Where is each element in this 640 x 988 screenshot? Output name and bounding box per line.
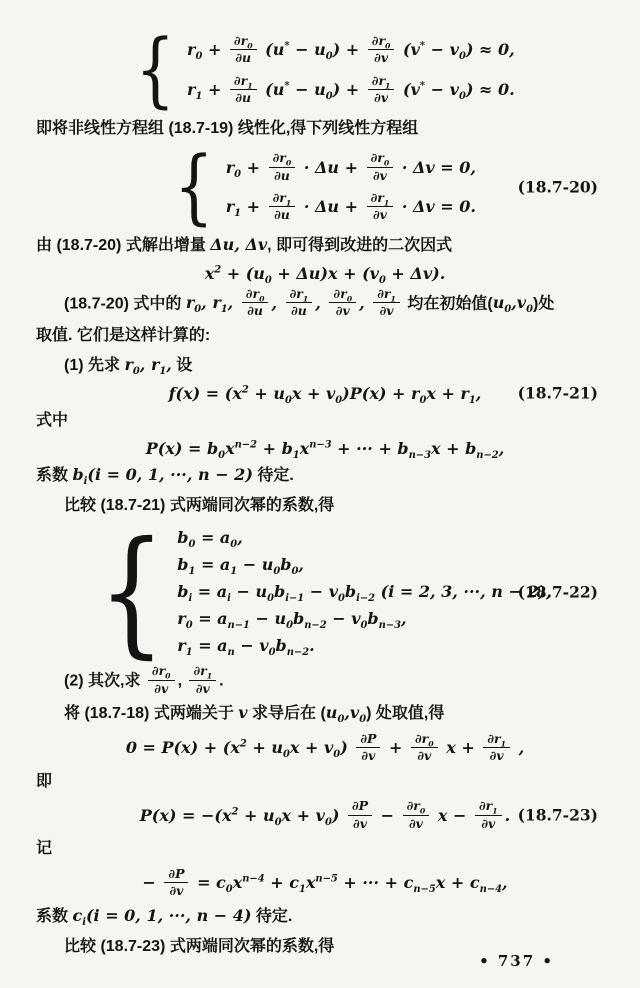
fraction: ∂P∂v (348, 799, 372, 831)
fraction: ∂r1∂v (483, 732, 510, 764)
math-text: P(x) = b0xn−2 + b1xn−3 + ··· + bn−3x + b… (146, 439, 505, 458)
left-brace: { (98, 523, 165, 660)
text: 系数 (36, 908, 72, 925)
display-formula: f(x) = (x2 + u0x + v0)P(x) + r0x + r1,(1… (36, 384, 614, 403)
fraction: ∂r0∂v (367, 151, 394, 183)
fraction-denominator: ∂v (370, 50, 392, 65)
fraction: ∂r1∂u (286, 287, 313, 319)
paragraph: 取值. 它们是这样计算的: (36, 323, 614, 349)
math-text: · Δv = 0. (396, 197, 476, 216)
math-text: 0 = P(x) + (x2 + u0x + v0) (126, 738, 353, 757)
fraction: ∂r1∂u (230, 74, 257, 106)
fraction: ∂r1∂u (269, 191, 296, 223)
text: 取值. 它们是这样计算的: (36, 327, 210, 344)
text: 待定. (253, 467, 294, 484)
math-text: · Δu + (298, 197, 363, 216)
math-text: bi(i = 0, 1, ···, n − 2) (72, 465, 252, 484)
left-brace: { (135, 29, 175, 110)
fraction-denominator: ∂v (376, 303, 398, 318)
math-text: r0 + (226, 158, 266, 177)
text: 即 (36, 773, 52, 790)
equation-number: (18.7-21) (518, 384, 598, 403)
math-text: b1 = a1 − u0b0, (177, 555, 304, 574)
equation-lines: r0 + ∂r0∂u (u* − u0) + ∂r0∂v (v* − v0) ≈… (187, 30, 515, 110)
math-text: , (271, 293, 282, 312)
text: . (219, 673, 223, 690)
fraction-denominator: ∂v (369, 168, 391, 183)
math-text: (u* − u0) + (260, 40, 365, 59)
fraction-denominator: ∂v (150, 681, 172, 696)
fraction-numerator: ∂r0 (230, 34, 257, 50)
math-text: x − (432, 806, 472, 825)
equation-system: {r0 + ∂r0∂u (u* − u0) + ∂r0∂v (v* − v0) … (36, 30, 614, 110)
equation-line: r0 = an−1 − u0bn−2 − v0bn−3, (177, 609, 551, 628)
fraction: ∂r1∂v (475, 799, 502, 831)
display-formula: x2 + (u0 + Δu)x + (v0 + Δv). (36, 264, 614, 283)
math-text: · Δv = 0, (396, 158, 476, 177)
fraction-numerator: ∂r0 (329, 287, 356, 303)
text: 待定. (251, 908, 292, 925)
fraction-numerator: ∂r1 (367, 191, 394, 207)
equation-system: {b0 = a0,b1 = a1 − u0b0,bi = ai − u0bi−1… (36, 524, 614, 659)
equation-system-group: {r0 + ∂r0∂u (u* − u0) + ∂r0∂v (v* − v0) … (135, 30, 514, 110)
math-text: bi = ai − u0bi−1 − v0bi−2 (i = 2, 3, ···… (177, 582, 551, 601)
paragraph: 系数 ci(i = 0, 1, ···, n − 4) 待定. (36, 904, 614, 930)
formula-content: x2 + (u0 + Δu)x + (v0 + Δv). (205, 264, 446, 283)
display-formula: − ∂P∂v = c0xn−4 + c1xn−5 + ··· + cn−5x +… (36, 867, 614, 899)
fraction-denominator: ∂u (270, 207, 294, 222)
fraction-numerator: ∂r0 (242, 287, 269, 303)
math-text: + (383, 738, 408, 757)
math-text: b0 = a0, (177, 528, 243, 547)
fraction: ∂r1∂v (367, 191, 394, 223)
fraction-denominator: ∂u (231, 90, 255, 105)
fraction: ∂r0∂u (269, 151, 296, 183)
paragraph: 记 (36, 836, 614, 862)
math-text: − (375, 806, 400, 825)
fraction: ∂P∂v (164, 867, 188, 899)
equation-system: {r0 + ∂r0∂u · Δu + ∂r0∂v · Δv = 0,r1 + ∂… (36, 147, 614, 227)
paragraph: 由 (18.7-20) 式解出增量 Δu, Δv, 即可得到改进的二次因式 (36, 233, 614, 259)
fraction-numerator: ∂r0 (411, 732, 438, 748)
text: (2) 其次,求 (64, 673, 145, 690)
fraction: ∂P∂v (356, 732, 380, 764)
math-text: , (513, 738, 524, 757)
fraction: ∂r0∂v (368, 34, 395, 66)
math-text: r0, r1, (124, 355, 171, 374)
fraction-numerator: ∂P (348, 799, 372, 815)
text: 设 (172, 357, 192, 374)
fraction-denominator: ∂v (477, 816, 499, 831)
fraction-numerator: ∂r0 (403, 799, 430, 815)
paragraph: 将 (18.7-18) 式两端关于 v 求导后在 (u0,v0) 处取值,得 (36, 701, 614, 727)
text: ) 处取值,得 (366, 705, 444, 722)
fraction-denominator: ∂v (370, 90, 392, 105)
text: (18.7-20) 式中的 (64, 295, 186, 312)
math-text: (v* − v0) ≈ 0. (397, 80, 514, 99)
equation-system-group: {b0 = a0,b1 = a1 − u0b0,bi = ai − u0bi−1… (98, 524, 551, 659)
fraction: ∂r0∂u (242, 287, 269, 319)
math-text: r0 = an−1 − u0bn−2 − v0bn−3, (177, 609, 406, 628)
formula-content: P(x) = −(x2 + u0x + v0) ∂P∂v − ∂r0∂v x −… (140, 799, 510, 831)
fraction-denominator: ∂u (287, 303, 311, 318)
fraction: ∂r0∂v (411, 732, 438, 764)
equation-line: bi = ai − u0bi−1 − v0bi−2 (i = 2, 3, ···… (177, 582, 551, 601)
math-text: r0, r1, (186, 293, 239, 312)
equation-number: (18.7-22) (518, 582, 598, 601)
equation-lines: r0 + ∂r0∂u · Δu + ∂r0∂v · Δv = 0,r1 + ∂r… (226, 147, 476, 227)
display-formula: P(x) = b0xn−2 + b1xn−3 + ··· + bn−3x + b… (36, 439, 614, 458)
equation-line: b1 = a1 − u0b0, (177, 555, 551, 574)
fraction-numerator: ∂r1 (373, 287, 400, 303)
text: 求导后在 ( (248, 705, 326, 722)
math-text: P(x) = −(x2 + u0x + v0) (140, 806, 345, 825)
equation-line: r1 + ∂r1∂u (u* − u0) + ∂r1∂v (v* − v0) ≈… (187, 74, 515, 106)
equation-line: r1 + ∂r1∂u · Δu + ∂r1∂v · Δv = 0. (226, 191, 476, 223)
math-text: r1 + (226, 197, 266, 216)
text: 系数 (36, 467, 72, 484)
fraction-denominator: ∂v (405, 816, 427, 831)
fraction-numerator: ∂P (164, 867, 188, 883)
math-text: r0 + (187, 40, 227, 59)
fraction-denominator: ∂v (486, 748, 508, 763)
paragraph: 即 (36, 769, 614, 795)
math-text: (v* − v0) ≈ 0, (397, 40, 514, 59)
display-formula: P(x) = −(x2 + u0x + v0) ∂P∂v − ∂r0∂v x −… (36, 799, 614, 831)
math-text: x2 + (u0 + Δu)x + (v0 + Δv). (205, 264, 446, 283)
text: 将 (18.7-18) 式两端关于 (64, 705, 238, 722)
paragraph: (18.7-20) 式中的 r0, r1, ∂r0∂u, ∂r1∂u, ∂r0∂… (36, 288, 614, 320)
fraction-denominator: ∂u (270, 168, 294, 183)
math-text: = c0xn−4 + c1xn−5 + ··· + cn−5x + cn−4, (191, 873, 507, 892)
text: 记 (36, 840, 52, 857)
fraction-numerator: ∂r1 (286, 287, 313, 303)
equation-lines: b0 = a0,b1 = a1 − u0b0,bi = ai − u0bi−1 … (177, 524, 551, 659)
math-text: · Δu + (298, 158, 363, 177)
math-text: . (505, 806, 511, 825)
paragraph: 系数 bi(i = 0, 1, ···, n − 2) 待定. (36, 463, 614, 489)
fraction-numerator: ∂r0 (269, 151, 296, 167)
fraction-denominator: ∂v (192, 681, 214, 696)
fraction: ∂r0∂v (148, 664, 175, 696)
equation-line: r0 + ∂r0∂u (u* − u0) + ∂r0∂v (v* − v0) ≈… (187, 34, 515, 66)
fraction-denominator: ∂v (369, 207, 391, 222)
paragraph: 即将非线性方程组 (18.7-19) 线性化,得下列线性方程组 (36, 116, 614, 142)
text: 比较 (18.7-23) 式两端同次幂的系数,得 (64, 938, 334, 955)
equation-line: r1 = an − v0bn−2. (177, 636, 551, 655)
math-text: ci(i = 0, 1, ···, n − 4) (72, 906, 251, 925)
fraction-denominator: ∂v (413, 748, 435, 763)
display-formula: 0 = P(x) + (x2 + u0x + v0) ∂P∂v + ∂r0∂v … (36, 732, 614, 764)
left-brace: { (174, 146, 214, 227)
fraction-numerator: ∂r1 (475, 799, 502, 815)
fraction-numerator: ∂r1 (230, 74, 257, 90)
equation-system-group: {r0 + ∂r0∂u · Δu + ∂r0∂v · Δv = 0,r1 + ∂… (174, 147, 476, 227)
page-content: {r0 + ∂r0∂u (u* − u0) + ∂r0∂v (v* − v0) … (36, 30, 614, 959)
fraction-denominator: ∂v (357, 748, 379, 763)
text: 由 (18.7-20) 式解出增量 (36, 237, 210, 254)
fraction: ∂r1∂v (368, 74, 395, 106)
formula-content: 0 = P(x) + (x2 + u0x + v0) ∂P∂v + ∂r0∂v … (126, 732, 524, 764)
math-text: f(x) = (x2 + u0x + v0)P(x) + r0x + r1, (169, 384, 482, 403)
fraction: ∂r1∂v (373, 287, 400, 319)
math-text: − (142, 873, 161, 892)
text: (1) 先求 (64, 357, 124, 374)
fraction: ∂r0∂v (329, 287, 356, 319)
fraction-denominator: ∂v (332, 303, 354, 318)
fraction: ∂r0∂v (403, 799, 430, 831)
fraction-denominator: ∂v (349, 816, 371, 831)
scanned-page: {r0 + ∂r0∂u (u* − u0) + ∂r0∂v (v* − v0) … (0, 0, 640, 988)
fraction-numerator: ∂r1 (483, 732, 510, 748)
fraction-numerator: ∂P (356, 732, 380, 748)
math-text: , (315, 293, 326, 312)
formula-content: P(x) = b0xn−2 + b1xn−3 + ··· + bn−3x + b… (146, 439, 505, 458)
equation-number: (18.7-23) (518, 806, 598, 825)
fraction-numerator: ∂r0 (368, 34, 395, 50)
fraction: ∂r1∂v (189, 664, 216, 696)
formula-content: − ∂P∂v = c0xn−4 + c1xn−5 + ··· + cn−5x +… (142, 867, 507, 899)
fraction-numerator: ∂r0 (148, 664, 175, 680)
text: 即将非线性方程组 (18.7-19) 线性化,得下列线性方程组 (36, 120, 418, 137)
fraction-numerator: ∂r1 (368, 74, 395, 90)
math-text: r1 = an − v0bn−2. (177, 636, 314, 655)
text: , (178, 673, 187, 690)
paragraph: (1) 先求 r0, r1, 设 (36, 353, 614, 379)
text: )处 (533, 295, 554, 312)
math-text: (u* − u0) + (260, 80, 365, 99)
text: 均在初始值( (403, 295, 493, 312)
paragraph: 式中 (36, 408, 614, 434)
math-text: , (359, 293, 370, 312)
page-number: • 737 • (479, 952, 554, 970)
fraction-denominator: ∂u (243, 303, 267, 318)
math-text: x + (441, 738, 481, 757)
math-text: u0,v0 (493, 293, 533, 312)
equation-line: r0 + ∂r0∂u · Δu + ∂r0∂v · Δv = 0, (226, 151, 476, 183)
fraction-numerator: ∂r1 (269, 191, 296, 207)
text: 式中 (36, 412, 68, 429)
formula-content: f(x) = (x2 + u0x + v0)P(x) + r0x + r1, (169, 384, 482, 403)
equation-number: (18.7-20) (518, 178, 598, 197)
fraction-numerator: ∂r1 (189, 664, 216, 680)
equation-line: b0 = a0, (177, 528, 551, 547)
fraction-denominator: ∂v (165, 883, 187, 898)
fraction-numerator: ∂r0 (367, 151, 394, 167)
text: , 即可得到改进的二次因式 (267, 237, 452, 254)
fraction-denominator: ∂u (231, 50, 255, 65)
math-text: Δu, Δv (210, 235, 267, 254)
math-text: u0,v0 (326, 703, 366, 722)
math-text: v (238, 703, 247, 722)
math-text: r1 + (187, 80, 227, 99)
fraction: ∂r0∂u (230, 34, 257, 66)
